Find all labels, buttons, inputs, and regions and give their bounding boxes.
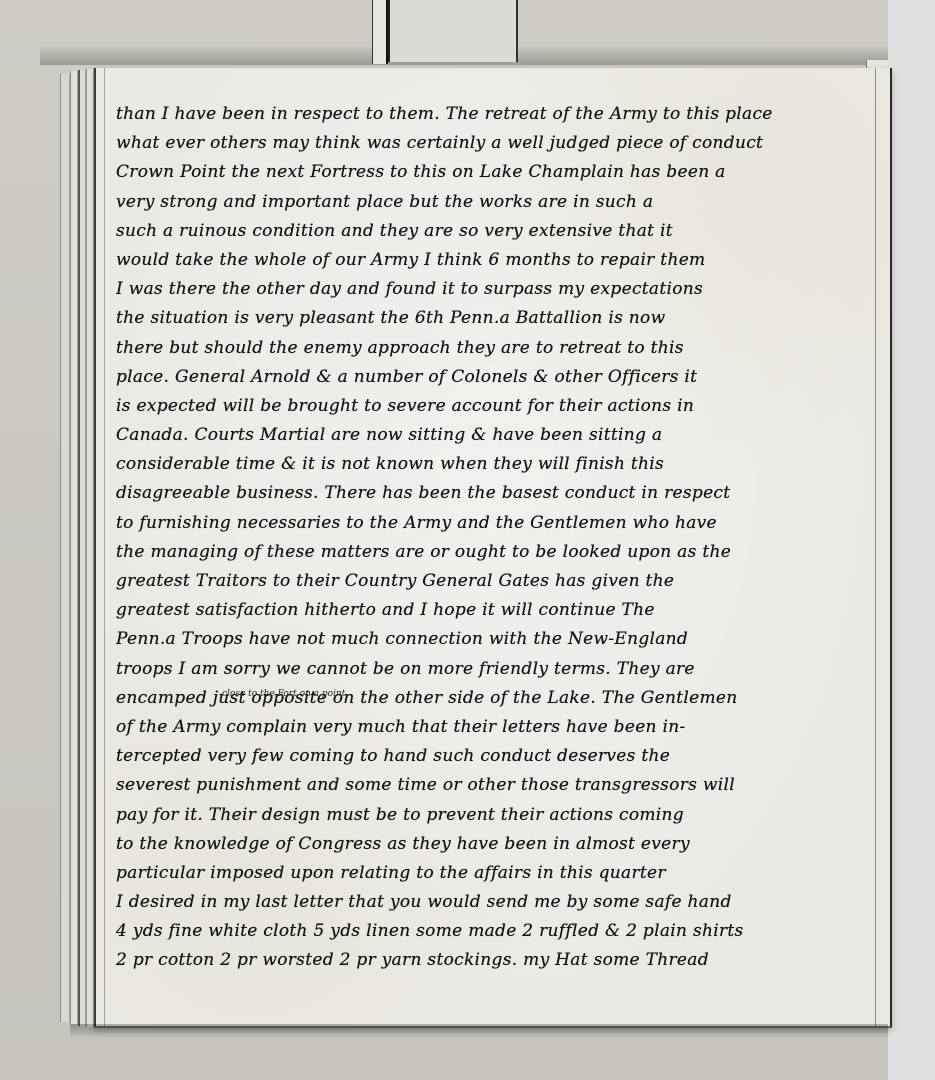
text-line: place. General Arnold & a number of Colo… xyxy=(116,367,876,396)
text-line: to furnishing necessaries to the Army an… xyxy=(116,513,876,542)
text-line: what ever others may think was certainly… xyxy=(116,133,876,162)
binding-tab xyxy=(388,0,518,62)
text-line: I desired in my last letter that you wou… xyxy=(116,892,876,921)
text-line: 4 yds fine white cloth 5 yds linen some … xyxy=(116,921,876,950)
text-line: of the Army complain very much that thei… xyxy=(116,717,876,746)
text-line: the situation is very pleasant the 6th P… xyxy=(116,308,876,337)
text-line: 2 pr cotton 2 pr worsted 2 pr yarn stock… xyxy=(116,950,876,979)
letter-text: than I have been in respect to them. The… xyxy=(116,104,876,980)
interlinear-note: close to the Fort on a point xyxy=(222,689,345,699)
right-background-strip xyxy=(888,0,935,1080)
text-line: greatest satisfaction hitherto and I hop… xyxy=(116,600,876,629)
text-line: considerable time & it is not known when… xyxy=(116,454,876,483)
page-edge xyxy=(78,70,86,1026)
text-line: particular imposed upon relating to the … xyxy=(116,863,876,892)
text-line: there but should the enemy approach they… xyxy=(116,338,876,367)
text-line: Penn.a Troops have not much connection w… xyxy=(116,629,876,658)
text-line: to the knowledge of Congress as they hav… xyxy=(116,834,876,863)
left-margin-rule xyxy=(104,68,105,1026)
text-line: disagreeable business. There has been th… xyxy=(116,483,876,512)
text-line: I was there the other day and found it t… xyxy=(116,279,876,308)
text-line: such a ruinous condition and they are so… xyxy=(116,221,876,250)
bottom-shadow xyxy=(70,1024,888,1038)
text-line: tercepted very few coming to hand such c… xyxy=(116,746,876,775)
text-line: than I have been in respect to them. The… xyxy=(116,104,876,133)
text-line: Crown Point the next Fortress to this on… xyxy=(116,162,876,191)
text-line: would take the whole of our Army I think… xyxy=(116,250,876,279)
text-line: greatest Traitors to their Country Gener… xyxy=(116,571,876,600)
binding-slip xyxy=(372,0,388,64)
text-line: troops I am sorry we cannot be on more f… xyxy=(116,659,876,688)
text-line: severest punishment and some time or oth… xyxy=(116,775,876,804)
text-line: the managing of these matters are or oug… xyxy=(116,542,876,571)
text-line: is expected will be brought to severe ac… xyxy=(116,396,876,425)
page-edge xyxy=(70,71,78,1024)
text-line: pay for it. Their design must be to prev… xyxy=(116,805,876,834)
page-edge xyxy=(86,69,94,1027)
page-edge xyxy=(60,74,70,1022)
text-line: Canada. Courts Martial are now sitting &… xyxy=(116,425,876,454)
text-line: very strong and important place but the … xyxy=(116,192,876,221)
